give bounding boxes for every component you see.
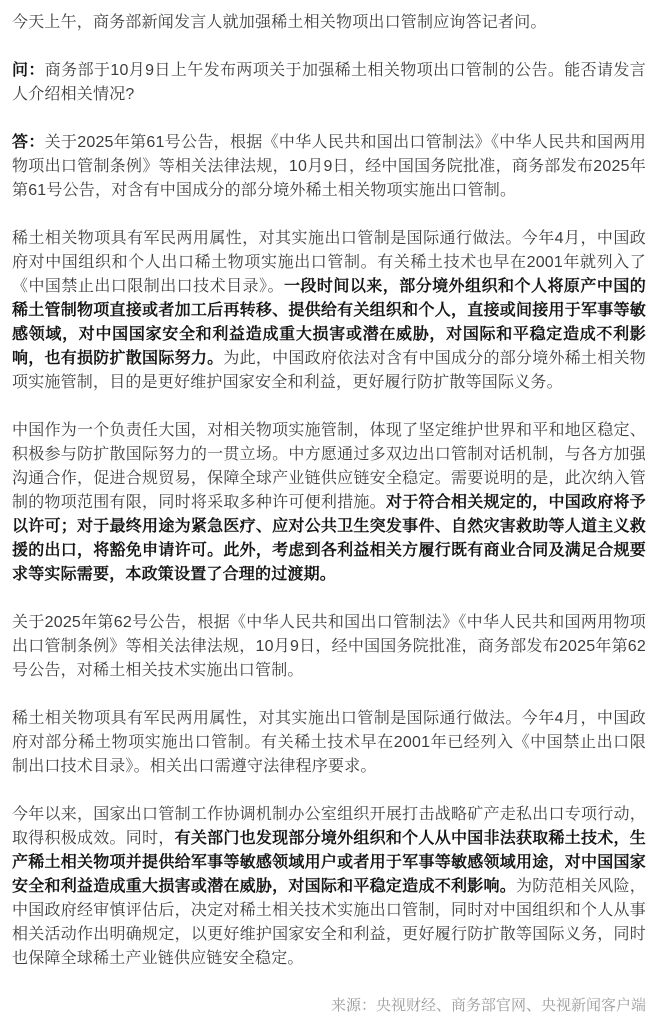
paragraph: 中国作为一个负责任大国，对相关物项实施管制，体现了坚定维护世界和平和地区稳定、积… bbox=[12, 419, 646, 587]
paragraph: 关于2025年第62号公告，根据《中华人民共和国出口管制法》《中华人民共和国两用… bbox=[12, 611, 646, 683]
paragraph: 今天上午，商务部新闻发言人就加强稀土相关物项出口管制应询答记者问。 bbox=[12, 11, 646, 35]
text-run: 商务部于10月9日上午发布两项关于加强稀土相关物项出口管制的公告。能否请发言人介… bbox=[12, 62, 646, 103]
bold-text-run: 问： bbox=[12, 62, 45, 79]
text-run: 关于2025年第62号公告，根据《中华人民共和国出口管制法》《中华人民共和国两用… bbox=[12, 614, 646, 679]
text-run: 关于2025年第61号公告，根据《中华人民共和国出口管制法》《中华人民共和国两用… bbox=[12, 134, 646, 199]
article-source: 来源：央视财经、商务部官网、央视新闻客户端 bbox=[12, 995, 646, 1017]
paragraph: 今年以来，国家出口管制工作协调机制办公室组织开展打击战略矿产走私出口专项行动，取… bbox=[12, 803, 646, 971]
paragraph: 稀土相关物项具有军民两用属性，对其实施出口管制是国际通行做法。今年4月，中国政府… bbox=[12, 707, 646, 779]
paragraph: 问：商务部于10月9日上午发布两项关于加强稀土相关物项出口管制的公告。能否请发言… bbox=[12, 59, 646, 107]
bold-text-run: 答： bbox=[12, 134, 45, 151]
article-page: 今天上午，商务部新闻发言人就加强稀土相关物项出口管制应询答记者问。问：商务部于1… bbox=[0, 0, 653, 1035]
paragraph: 稀土相关物项具有军民两用属性，对其实施出口管制是国际通行做法。今年4月，中国政府… bbox=[12, 227, 646, 395]
text-run: 稀土相关物项具有军民两用属性，对其实施出口管制是国际通行做法。今年4月，中国政府… bbox=[12, 710, 646, 775]
article-body: 今天上午，商务部新闻发言人就加强稀土相关物项出口管制应询答记者问。问：商务部于1… bbox=[12, 11, 646, 971]
text-run: 今天上午，商务部新闻发言人就加强稀土相关物项出口管制应询答记者问。 bbox=[12, 14, 547, 31]
paragraph: 答：关于2025年第61号公告，根据《中华人民共和国出口管制法》《中华人民共和国… bbox=[12, 131, 646, 203]
